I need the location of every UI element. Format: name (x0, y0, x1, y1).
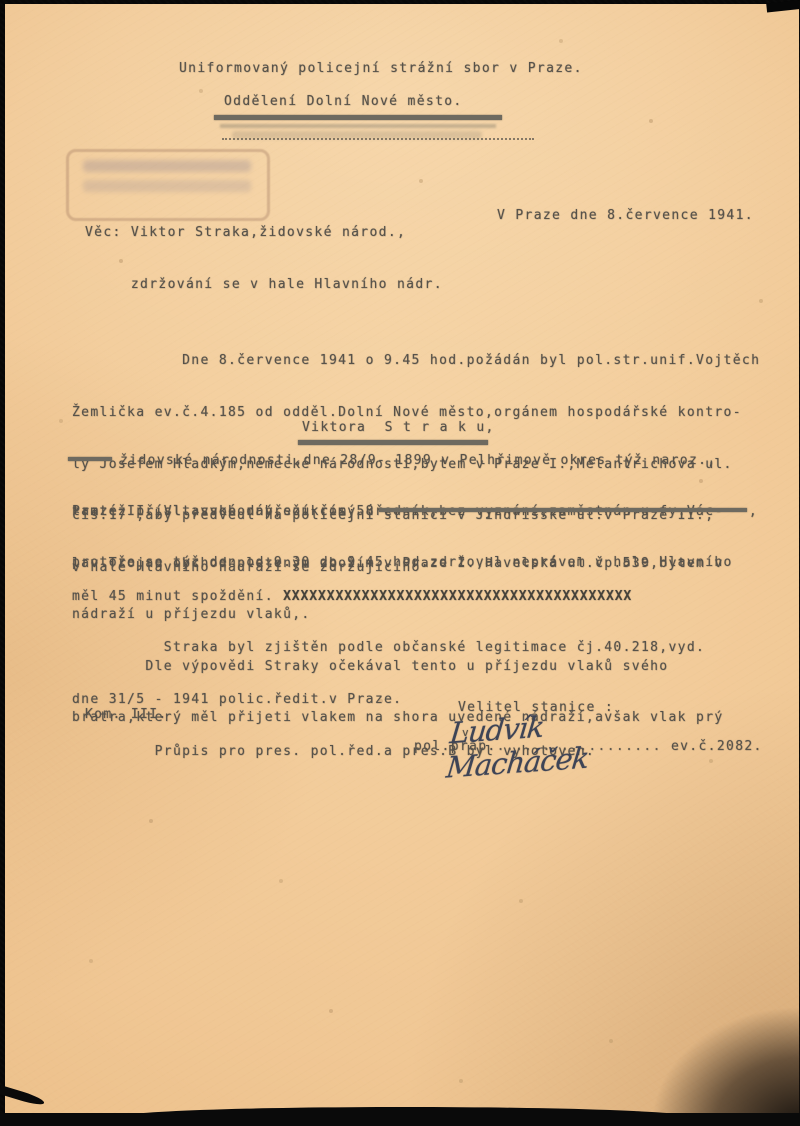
date-line: V Praze dne 8.července 1941. (497, 207, 754, 224)
subject-line: zdržování se v hale Hlavního nádr. (85, 276, 443, 293)
stamp-smudge (83, 160, 251, 172)
body-line: měl 45 minut spoždění. (72, 589, 283, 604)
typed-x-strikeout: XXXXXXXXXXXXXXXXXXXXXXXXXXXXXXXXXXXXXXXX (283, 589, 632, 604)
letterhead-department: Oddělení Dolní Nové město. (224, 93, 463, 110)
body-line-with-rule: Praze II.,Vltavské nábřeží čís.58, (72, 503, 758, 520)
body-line-crossed-out: měl 45 minut spoždění. XXXXXXXXXXXXXXXXX… (72, 588, 632, 605)
body-line: Praze II.,Vltavské nábřeží čís.58 (72, 504, 375, 519)
body-line: protože se týž den od 9.30 do 9.45 hod.z… (72, 554, 733, 571)
scanned-document: Uniformovaný policejní strážní sbor v Pr… (0, 0, 800, 1126)
body-line: , (749, 504, 758, 519)
scan-edge-bottom (0, 1113, 800, 1126)
letterhead-org: Uniformovaný policejní strážní sbor v Pr… (179, 60, 583, 77)
body-line: Dne 8.července 1941 o 9.45 hod.požádán b… (72, 352, 760, 369)
header-dotted-line (222, 138, 534, 140)
commissariat-label: Kom. III. (85, 706, 168, 723)
lead-strike-rule (68, 457, 112, 461)
fill-strike-rule (379, 508, 747, 512)
header-rule (214, 115, 502, 120)
body-line-dashed: židovské národnosti,dne 28/9- 1899 v Pel… (68, 452, 716, 469)
subject-name-heading: Viktora S t r a k u, (302, 419, 495, 436)
header-rule-ghost (220, 124, 496, 128)
name-underline (298, 440, 488, 445)
paper-fibers (0, 0, 2, 2)
subject-line: Věc: Viktor Straka,židovské národ., (85, 224, 443, 241)
body-line: židovské národnosti,dne 28/9- 1899 v Pel… (120, 453, 716, 468)
subject-block: Věc: Viktor Straka,židovské národ., zdrž… (85, 190, 443, 328)
body-line: Straka byl zjištěn podle občanské legiti… (72, 639, 705, 656)
